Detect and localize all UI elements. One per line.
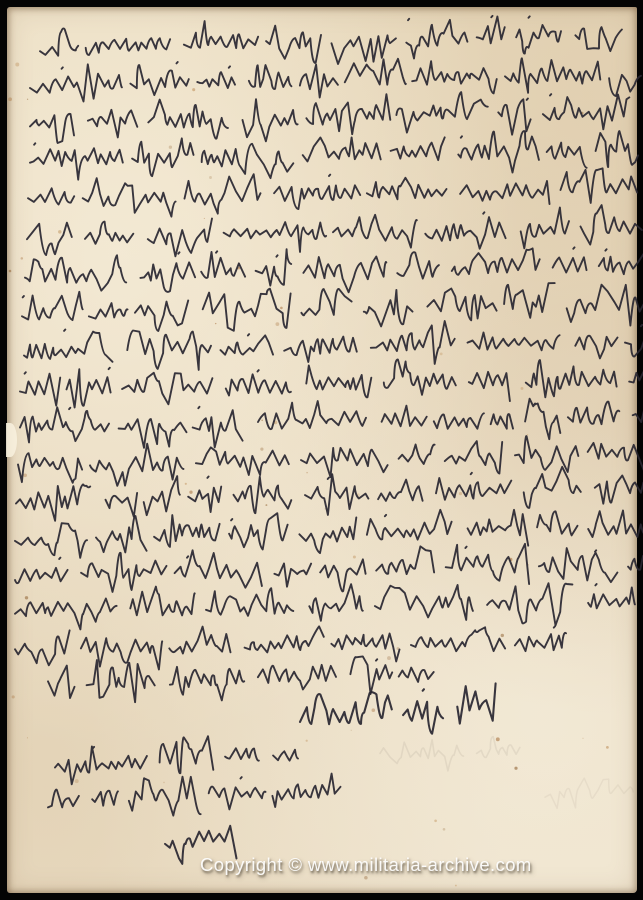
paper-edge-chip (6, 423, 17, 457)
letter-paper (7, 7, 637, 893)
copyright-watermark: Copyright © www.militaria-archive.com (200, 854, 532, 876)
scanned-letter-photo: Copyright © www.militaria-archive.com (0, 0, 643, 900)
